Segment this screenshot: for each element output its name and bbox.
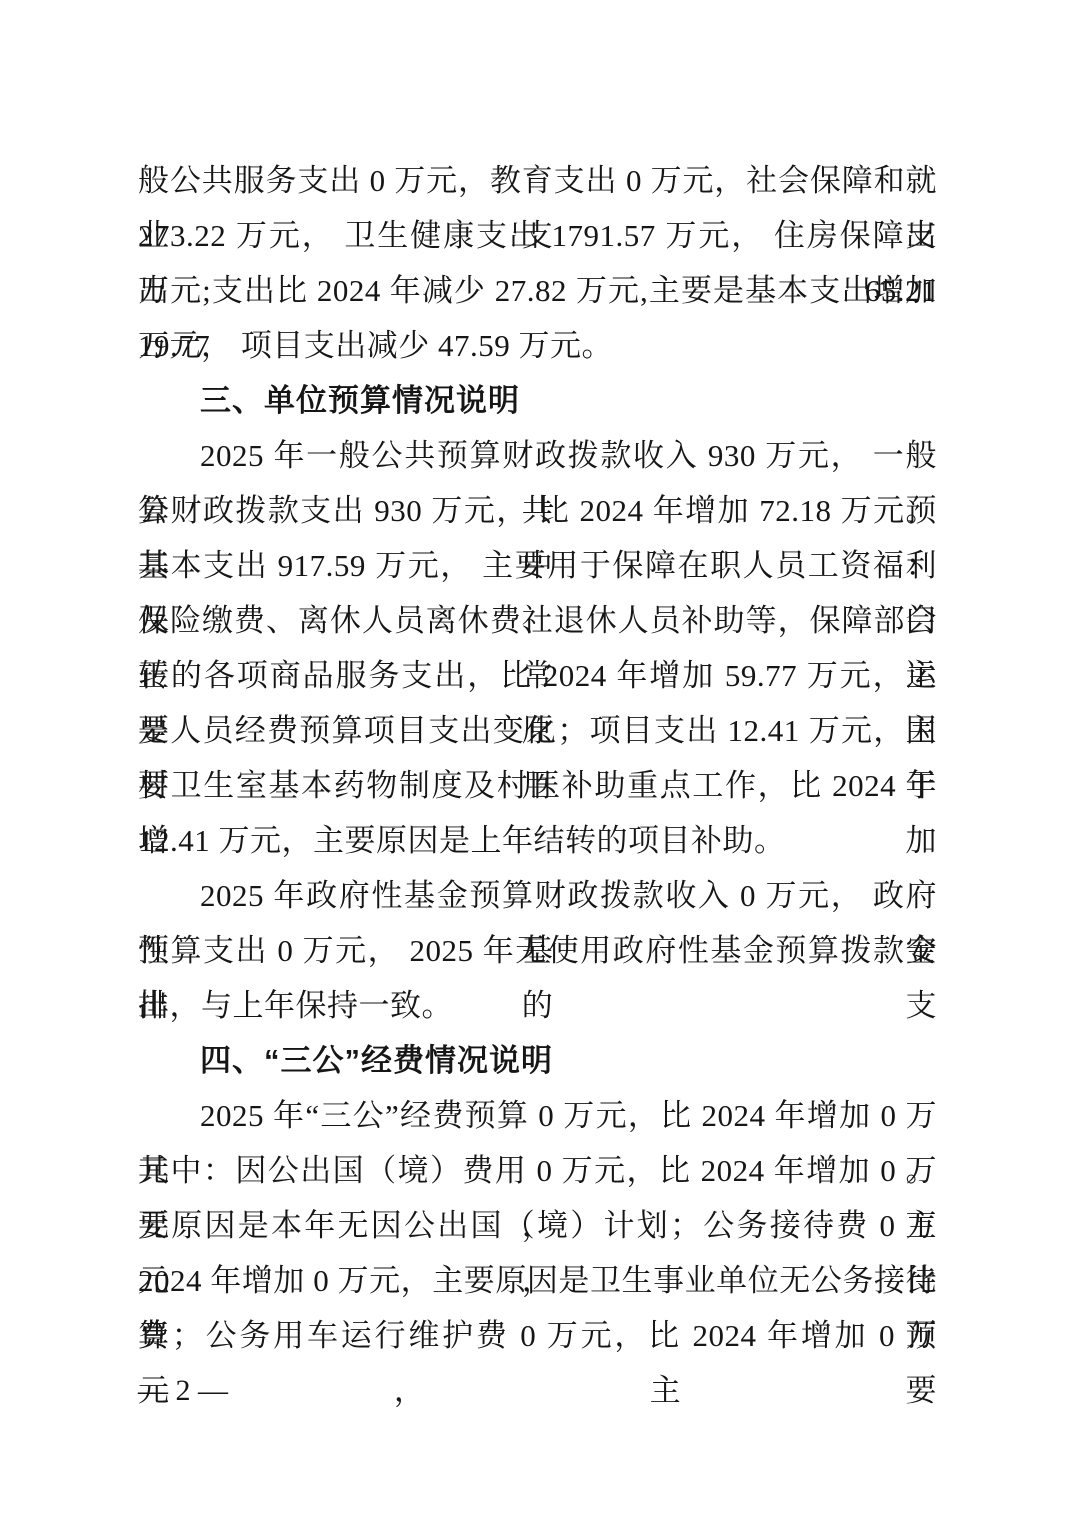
text-line: 其中：因公出国（境）费用 0 万元，比 2024 年增加 0 万元，主	[138, 1143, 937, 1198]
text-line: 村卫生室基本药物制度及村医补助重点工作，比 2024 年增加	[138, 758, 937, 813]
text-line: 转的各项商品服务支出，比 2024 年增加 59.77 万元，主要原因	[138, 648, 937, 703]
text-line: 万元;支出比 2024 年减少 27.82 万元,主要是基本支出增加 19.77	[138, 263, 937, 318]
text-line: 2025 年“三公”经费预算 0 万元，比 2024 年增加 0 万元。	[138, 1088, 937, 1143]
text-line: 保险缴费、离休人员离休费、退休人员补助等，保障部门正常运	[138, 593, 937, 648]
text-line: 预算支出 0 万元， 2025 年无使用政府性基金预算拨款安排的支	[138, 923, 937, 978]
document-page: 般公共服务支出 0 万元，教育支出 0 万元，社会保障和就业支出273.22 万…	[0, 0, 1074, 1418]
text-line: 万元， 项目支出减少 47.59 万元。	[138, 318, 937, 373]
document-body: 般公共服务支出 0 万元，教育支出 0 万元，社会保障和就业支出273.22 万…	[138, 153, 937, 1363]
text-line: 算财政拨款支出 930 万元， 比 2024 年增加 72.18 万元。其中：	[138, 483, 937, 538]
text-line: 是人员经费预算项目支出变化；项目支出 12.41 万元，主要用于	[138, 703, 937, 758]
text-line: 273.22 万元， 卫生健康支出 1791.57 万元， 住房保障支出 65.…	[138, 208, 937, 263]
text-line: 般公共服务支出 0 万元，教育支出 0 万元，社会保障和就业支出	[138, 153, 937, 208]
text-line: 算；公务用车运行维护费 0 万元，比 2024 年增加 0 万元，主要	[138, 1308, 937, 1363]
text-line: 2024 年增加 0 万元，主要原因是卫生事业单位无公务接待费预	[138, 1253, 937, 1308]
text-line: 基本支出 917.59 万元， 主要用于保障在职人员工资福利及社会	[138, 538, 937, 593]
text-line: 2025 年一般公共预算财政拨款收入 930 万元， 一般公共预	[138, 428, 937, 483]
section-heading: 三、单位预算情况说明	[138, 373, 937, 428]
text-line: 2025 年政府性基金预算财政拨款收入 0 万元， 政府性基金	[138, 868, 937, 923]
text-line: 要原因是本年无因公出国（境）计划；公务接待费 0 万元，比	[138, 1198, 937, 1253]
section-heading: 四、“三公”经费情况说明	[138, 1033, 937, 1088]
